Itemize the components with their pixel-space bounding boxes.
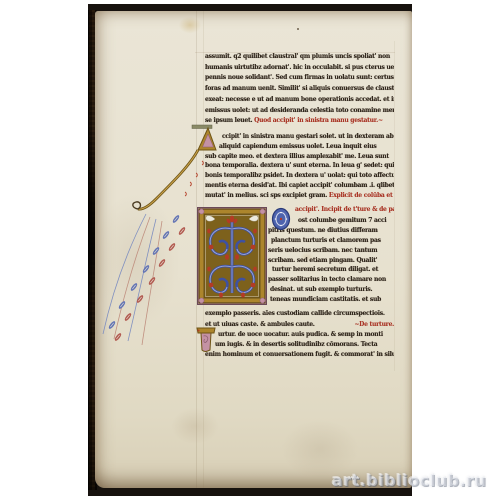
rubric-span: Quod accipit' in sinistra manu gestatur. xyxy=(254,117,378,124)
body-text-span: exeat: necesse e ut ad manum bone operat… xyxy=(205,96,394,103)
body-text-span: ost columbe gemitum 7 acci xyxy=(298,217,386,224)
body-text-span: mutat' in melius. sci sps excipiet gram. xyxy=(205,192,329,199)
text-line: emissus uolet: ut ad desideranda celesti… xyxy=(205,107,394,115)
body-text-span: teneas mundiciam castitatis. et sub xyxy=(270,296,381,303)
body-text-span: passer solitarius in tecto clamare non xyxy=(268,276,386,283)
text-line: bona temporalia. dextera u' sunt eterna.… xyxy=(205,162,394,170)
body-text-span: bonis temporalibz psidet. In dextera u' … xyxy=(205,172,394,179)
body-text-span: pennis noue solidant'. Sed cum firmas in… xyxy=(205,74,394,81)
text-line: passer solitarius in tecto clamare non xyxy=(268,276,394,284)
text-line: et ut uiuas caste. & ambules caute.~De t… xyxy=(205,321,394,329)
text-line: enim hominum et conuersationem fugit. & … xyxy=(205,351,394,359)
ink-speck xyxy=(297,28,299,30)
text-line: mutat' in melius. sci sps excipiet gram.… xyxy=(205,192,394,200)
text-line: mentis eterna desid'at. Ibi capiet accip… xyxy=(205,182,394,190)
text-line: sub capite meo. et dextera illius amplex… xyxy=(205,153,394,161)
text-line: exemplo passeris. aīes custodiam callide… xyxy=(205,310,394,318)
text-line: pennis noue solidant'. Sed cum firmas in… xyxy=(205,74,394,82)
rubric-span: ~De turture. xyxy=(354,321,394,329)
body-text-span: planctum turturis et clamorem pas xyxy=(271,237,381,244)
text-line: se ipsum leuet. Quod accipit' in sinistr… xyxy=(205,117,394,125)
text-line: exeat: necesse e ut ad manum bone operat… xyxy=(205,96,394,104)
body-text-span: um iugis. & in desertis solitudinibz cōm… xyxy=(215,341,377,348)
text-line: desinat. ut sub exemplo turturis. xyxy=(270,286,392,294)
rubric-span: accipit'. Incipit de t'ture & de passe. xyxy=(295,206,394,213)
manuscript-photo: assumit. q2 quilibet claustral' qm plumi… xyxy=(88,4,412,496)
body-text-span: bona temporalia. dextera u' sunt eterna.… xyxy=(205,162,394,169)
text-line: aliquid capiendum emissus uolet. Leua in… xyxy=(219,143,394,151)
text-line: urtur. de uoce uocatur. auis pudica. & s… xyxy=(218,331,394,339)
body-text-span: turtur heremi secretum diligat. et xyxy=(272,266,378,273)
text-line: humanis uirtutibz adornat'. hic in occul… xyxy=(205,64,394,72)
text-line: assumit. q2 quilibet claustral' qm plumi… xyxy=(205,53,394,61)
body-text-span: ccipit' in sinistra manu gestari solet. … xyxy=(222,133,394,140)
illuminated-initial-panel xyxy=(197,207,267,305)
rubric-line-filler: ~ xyxy=(378,117,383,124)
text-line: teneas mundiciam castitatis. et sub xyxy=(270,296,394,304)
body-text-span: enim hominum et conuersationem fugit. & … xyxy=(205,351,394,358)
body-text-span: exemplo passeris. aīes custodiam callide… xyxy=(205,310,385,317)
parchment-page: assumit. q2 quilibet claustral' qm plumi… xyxy=(95,11,412,488)
body-text-span: assumit. q2 quilibet claustral' qm plumi… xyxy=(205,53,390,60)
ruling-line-right xyxy=(394,41,395,371)
body-text-span: et ut uiuas caste. & ambules caute. xyxy=(205,321,315,329)
rubric-text: De turture. xyxy=(359,321,394,328)
text-line: bonis temporalibz psidet. In dextera u' … xyxy=(205,172,394,180)
body-text-span: humanis uirtutibz adornat'. hic in occul… xyxy=(205,64,394,71)
text-line: scribam. sed etiam pingam. Qualit' xyxy=(268,257,394,265)
body-text-span: emissus uolet: ut ad desideranda celesti… xyxy=(205,107,394,114)
text-line: ccipit' in sinistra manu gestari solet. … xyxy=(222,133,394,141)
rubric-span: Explicit de colūba et xyxy=(329,192,393,199)
body-text-span: sub capite meo. et dextera illius amplex… xyxy=(205,153,389,160)
leaf-pods xyxy=(108,214,187,342)
text-line: foras ad manum uenit. Similit' si aliqui… xyxy=(205,85,394,93)
blue-pen-initial xyxy=(271,207,291,231)
body-text-span: aliquid capiendum emissus uolet. Leua in… xyxy=(219,143,377,150)
text-line: seris uelocius scribam. nec tantum xyxy=(268,247,394,255)
body-text-span: urtur. de uoce uocatur. auis pudica. & s… xyxy=(218,331,383,338)
text-line: planctum turturis et clamorem pas xyxy=(271,237,394,245)
text-line: um iugis. & in desertis solitudinibz cōm… xyxy=(215,341,394,349)
text-line: ost columbe gemitum 7 acci xyxy=(298,217,394,225)
watermark-text: art.biblioclub.ru xyxy=(332,472,486,490)
body-text-span: seris uelocius scribam. nec tantum xyxy=(268,247,377,254)
initial-t-graphic xyxy=(196,325,216,353)
body-text-span: foras ad manum uenit. Similit' si aliqui… xyxy=(205,85,394,92)
text-line: accipit'. Incipit de t'ture & de passe. xyxy=(295,206,394,214)
text-line: turtur heremi secretum diligat. et xyxy=(272,266,394,274)
body-text-span: desinat. ut sub exemplo turturis. xyxy=(270,286,372,293)
body-text-span: mentis eterna desid'at. Ibi capiet accip… xyxy=(205,182,394,189)
body-text-span: scribam. sed etiam pingam. Qualit' xyxy=(268,257,377,264)
